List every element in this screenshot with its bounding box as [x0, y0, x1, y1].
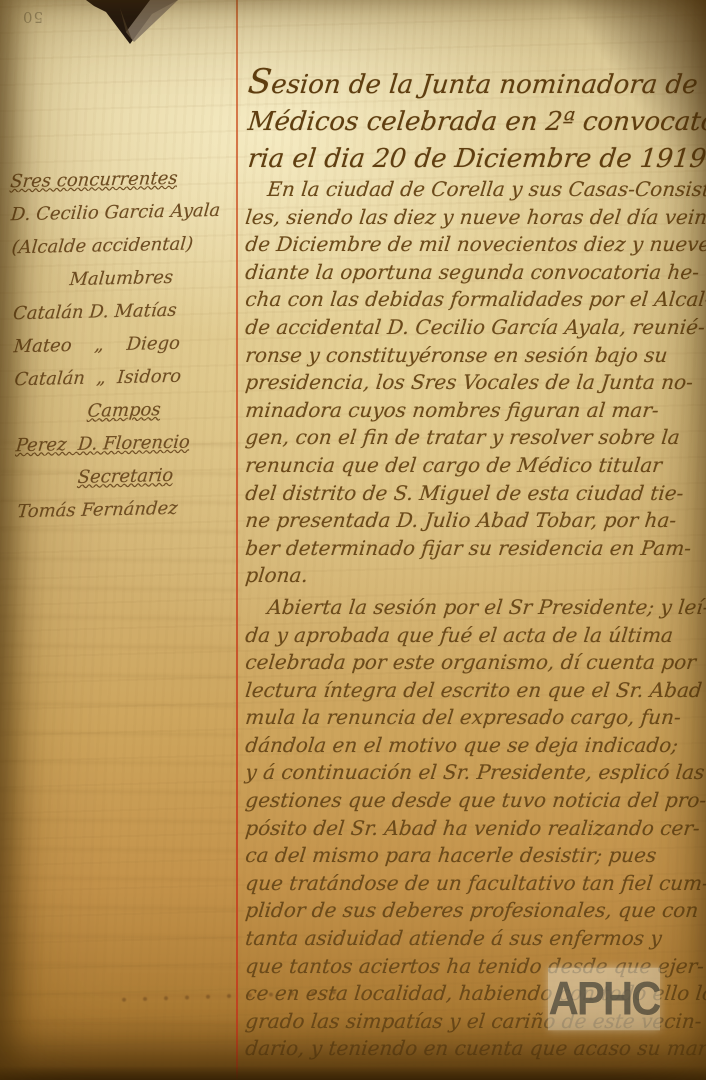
attendee-entry: (Alcalde accidental): [10, 227, 231, 265]
handwritten-line: plidor de sus deberes profesionales, que…: [244, 897, 705, 925]
handwritten-line: ronse y constituyéronse en sesión bajo s…: [244, 342, 705, 370]
handwritten-line: da y aprobada que fué el acta de la últi…: [244, 622, 705, 650]
attendees-margin-list: Sres concurrentes D. Cecilio Garcia Ayal…: [8, 161, 234, 528]
handwritten-line: ne presentada D. Julio Abad Tobar, por h…: [244, 507, 705, 535]
handwritten-line: tanta asiduidad atiende á sus enfermos y: [244, 925, 705, 953]
attendee-entry: Campos: [14, 392, 235, 430]
handwritten-line: ber determinado fijar su residencia en P…: [244, 535, 705, 563]
handwritten-line: cha con las debidas formalidades por el …: [244, 286, 705, 314]
title-line: ria el dia 20 de Diciembre de 1919.: [246, 141, 700, 178]
handwritten-line: presidencia, los Sres Vocales de la Junt…: [244, 369, 705, 397]
handwritten-line: minadora cuyos nombres figuran al mar-: [244, 397, 705, 425]
handwritten-line: de Diciembre de mil novecientos diez y n…: [244, 231, 705, 259]
secretary-heading: Secretario: [15, 458, 236, 496]
handwritten-line: mula la renuncia del expresado cargo, fu…: [244, 704, 705, 732]
handwritten-line: ca del mismo para hacerle desistir; pues: [244, 842, 705, 870]
attendees-heading: Sres concurrentes: [9, 161, 230, 199]
title-line: Sesion de la Junta nominadora de: [246, 64, 700, 104]
handwritten-line: En la ciudad de Corella y sus Casas-Cons…: [244, 176, 705, 204]
page-number: 50: [22, 8, 43, 26]
handwritten-line: dario, y teniendo en cuenta que acaso su…: [244, 1035, 705, 1063]
attendee-entry: Catalán „ Isidoro: [13, 359, 234, 397]
manuscript-page: 50 Sesion de la Junta nominadora de Médi…: [0, 0, 706, 1080]
handwritten-line: pósito del Sr. Abad ha venido realizando…: [244, 815, 705, 843]
handwritten-line: diante la oportuna segunda convocatoria …: [244, 259, 705, 287]
aphc-watermark: APHC: [548, 968, 660, 1031]
page-bottom-shadow: [0, 1066, 706, 1080]
handwritten-line: y á continuación el Sr. Presidente, espl…: [244, 759, 705, 787]
attendee-entry: D. Cecilio Garcia Ayala: [10, 194, 231, 232]
handwritten-line: Abierta la sesión por el Sr Presidente; …: [244, 594, 705, 622]
attendee-entry: Catalán D. Matías: [12, 293, 233, 331]
attendee-entry: Malumbres: [11, 260, 232, 298]
attendee-entry: Mateo „ Diego: [12, 326, 233, 364]
session-body-text: En la ciudad de Corella y sus Casas-Cons…: [244, 176, 702, 1063]
secretary-name: Tomás Fernández: [16, 491, 237, 529]
handwritten-line: gestiones que desde que tuvo noticia del…: [244, 787, 705, 815]
handwritten-line: de accidental D. Cecilio García Ayala, r…: [244, 314, 705, 342]
handwritten-line: plona.: [244, 562, 705, 590]
handwritten-line: gen, con el fin de tratar y resolver sob…: [244, 424, 705, 452]
handwritten-line: les, siendo las diez y nueve horas del d…: [244, 204, 705, 232]
handwritten-line: celebrada por este organismo, dí cuenta …: [244, 649, 705, 677]
handwritten-line: lectura íntegra del escrito en que el Sr…: [244, 677, 705, 705]
handwritten-line: que tratándose de un facultativo tan fie…: [244, 870, 705, 898]
handwritten-line: renuncia que del cargo de Médico titular: [244, 452, 705, 480]
binding-clip-icon: [80, 0, 190, 46]
session-title: Sesion de la Junta nominadora de Médicos…: [246, 64, 696, 178]
red-margin-rule: [236, 0, 238, 1080]
handwritten-line: del distrito de S. Miguel de esta ciudad…: [244, 480, 705, 508]
title-line: Médicos celebrada en 2ª convocato-: [246, 104, 700, 141]
body-paragraph-1: En la ciudad de Corella y sus Casas-Cons…: [244, 176, 702, 590]
attendee-entry: Perez D. Florencio: [14, 425, 235, 463]
handwritten-line: dándola en el motivo que se deja indicad…: [244, 732, 705, 760]
